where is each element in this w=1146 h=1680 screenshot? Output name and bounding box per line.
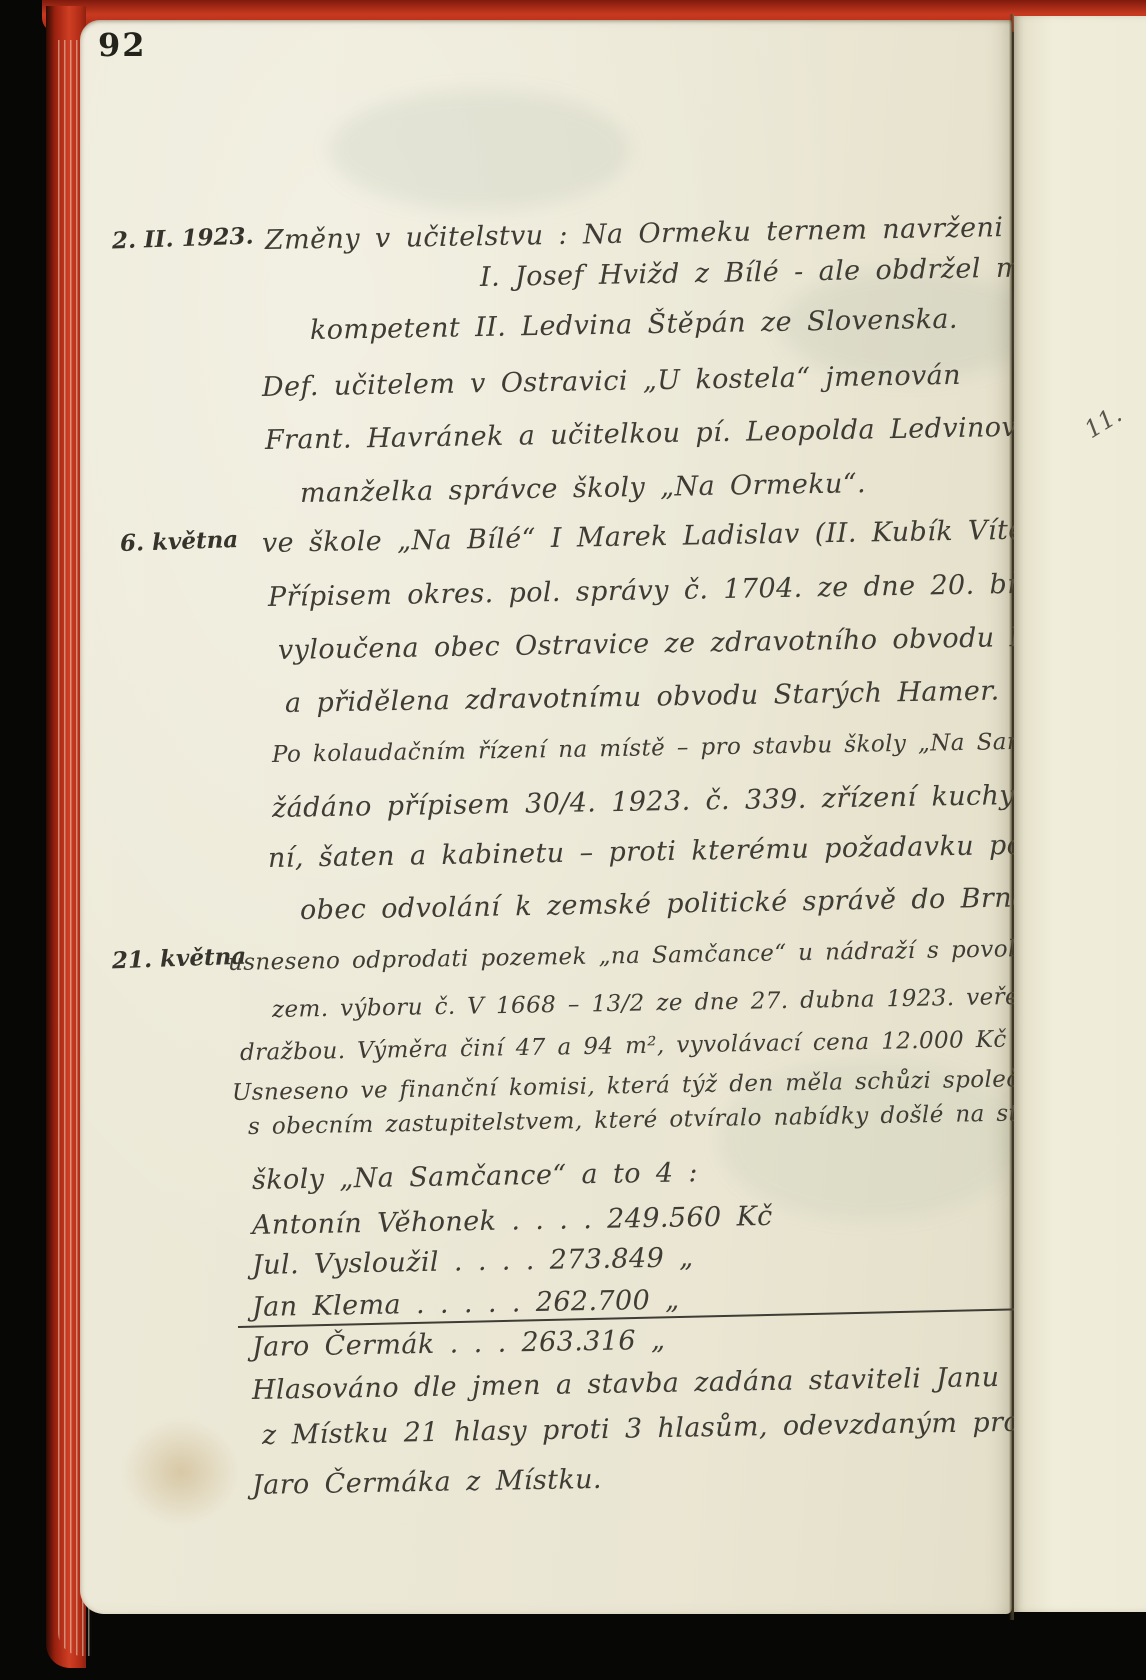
handwritten-line: Def. učitelem v Ostravici „U kostela“ jm… (262, 360, 961, 403)
handwritten-line: ve škole „Na Bílé“ I Marek Ladislav (II.… (262, 513, 1106, 559)
margin-date: 2. II. 1923. (112, 223, 254, 255)
chronicle-page: 92 2. II. 1923. 6. května 21. května Změ… (80, 20, 1012, 1614)
handwritten-line: Jaro Čermák . . . 263.316 „ (252, 1325, 666, 1363)
paper-stain (122, 1418, 240, 1526)
scanned-book-photo: 92 2. II. 1923. 6. května 21. května Změ… (0, 0, 1146, 1680)
handwritten-line: Jul. Vysloužil . . . . 273.849 „ (252, 1242, 694, 1281)
handwritten-line: Změny v učitelstvu : Na Ormeku ternem na… (265, 212, 1004, 256)
handwritten-line: ní, šaten a kabinetu – proti kterému pož… (268, 829, 1084, 874)
handwritten-line: žádáno přípisem 30/4. 1923. č. 339. zříz… (272, 778, 1131, 824)
margin-date: 21. května (112, 943, 247, 975)
handwritten-line: a přidělena zdravotnímu obvodu Starých H… (285, 676, 1000, 719)
handwritten-line: manželka správce školy „Na Ormeku“. (300, 468, 867, 509)
facing-page-text-fragment: 11. (1079, 400, 1126, 444)
ink-showthrough-smudge (330, 90, 630, 210)
handwritten-line: z Místku 21 hlasy proti 3 hlasům, odevzd… (262, 1407, 1021, 1451)
handwritten-line: školy „Na Samčance“ a to 4 : (252, 1157, 698, 1196)
handwritten-line: Jaro Čermáka z Místku. (252, 1464, 602, 1501)
page-number: 92 (98, 26, 147, 64)
handwritten-line: Po kolaudačním řízení na místě – pro sta… (272, 727, 1112, 768)
margin-date: 6. května (120, 526, 239, 557)
handwritten-line: vyloučena obec Ostravice ze zdravotního … (278, 620, 1130, 666)
handwritten-line: obec odvolání k zemské politické správě … (300, 882, 1029, 926)
handwritten-line: Hlasováno dle jmen a stavba zadána stavi… (252, 1360, 1128, 1406)
handwritten-line: zem. výboru č. V 1668 – 13/2 ze dne 27. … (272, 983, 1072, 1023)
handwritten-line: Antonín Věhonek . . . . 249.560 Kč (252, 1201, 773, 1241)
handwritten-line: Frant. Havránek a učitelkou pí. Leopolda… (265, 411, 1043, 456)
facing-page-sliver: 11. (1014, 16, 1146, 1612)
handwritten-line: usneseno odprodati pozemek „na Samčance“… (228, 935, 1075, 976)
